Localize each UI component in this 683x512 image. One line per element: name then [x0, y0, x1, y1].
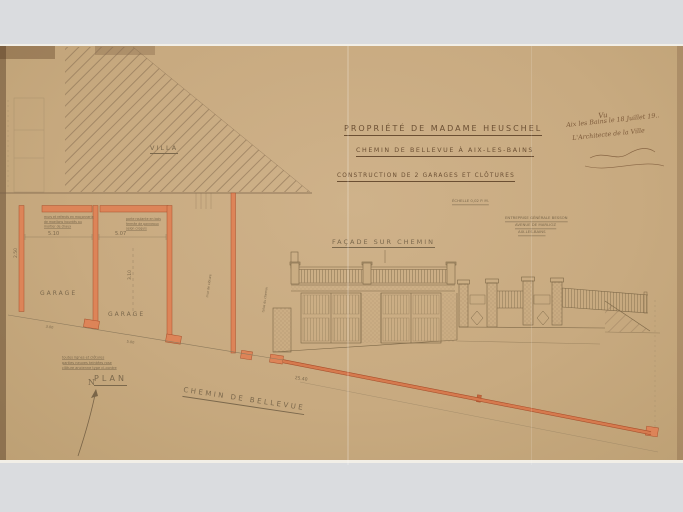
corner-stain — [0, 46, 55, 59]
dim-g2: 3.10 — [128, 270, 134, 280]
dim-garage1: 5.10 — [48, 231, 59, 237]
garage2-note: porte roulante en boisfermée de panneaux… — [126, 217, 176, 231]
elevation-cloture — [458, 277, 661, 333]
north-label: N — [88, 378, 95, 388]
dim-b: 5.00 — [126, 339, 135, 345]
title-line2: CHEMIN DE BELLEVUE À AIX-LES-BAINS — [356, 147, 534, 157]
dim-garage2: 5.07 — [115, 231, 126, 237]
signature-flourish — [585, 149, 664, 169]
garage2-label: GARAGE — [108, 311, 145, 319]
drawing-sheet: PROPRIÉTÉ DE MADAME HEUSCHEL CHEMIN DE B… — [0, 44, 683, 463]
garage1-note: murs et refends en maçonneriede moellons… — [44, 215, 98, 229]
faint-neighbour-sketch — [8, 98, 44, 192]
contractor-line2: AVENUE DE MARLIOZ — [515, 222, 556, 229]
elevation-facade — [273, 250, 600, 352]
title-line1: PROPRIÉTÉ DE MADAME HEUSCHEL — [344, 124, 542, 136]
scale-note: ÉCHELLE 0,02 P. M. — [452, 198, 489, 205]
title-line3: CONSTRUCTION DE 2 GARAGES ET CLÔTURES — [337, 173, 515, 182]
dim-a: 3.00 — [45, 324, 54, 330]
plan-label: PLAN — [94, 374, 127, 386]
drawing-linework — [0, 46, 683, 460]
contractor-line3: AIX-LES-BAINS — [518, 229, 546, 236]
paper-edge-shadow-left — [0, 46, 6, 460]
plan-notes: toutes lignes et clôturesparties neuves … — [62, 355, 162, 371]
photo-background: PROPRIÉTÉ DE MADAME HEUSCHEL CHEMIN DE B… — [0, 0, 683, 512]
north-arrow — [78, 389, 98, 456]
dim-depth: 2.50 — [14, 248, 20, 258]
villa-footprint — [0, 47, 312, 209]
paper-edge-shadow-right — [677, 46, 683, 460]
elevation-label: FAÇADE SUR CHEMIN — [332, 238, 435, 248]
contractor-line1: ENTREPRISE GÉNÉRALE BESSON — [505, 215, 568, 222]
garage1-label: GARAGE — [40, 290, 77, 298]
cloture-red-line — [283, 360, 651, 435]
villa-label: VILLA — [150, 144, 178, 154]
